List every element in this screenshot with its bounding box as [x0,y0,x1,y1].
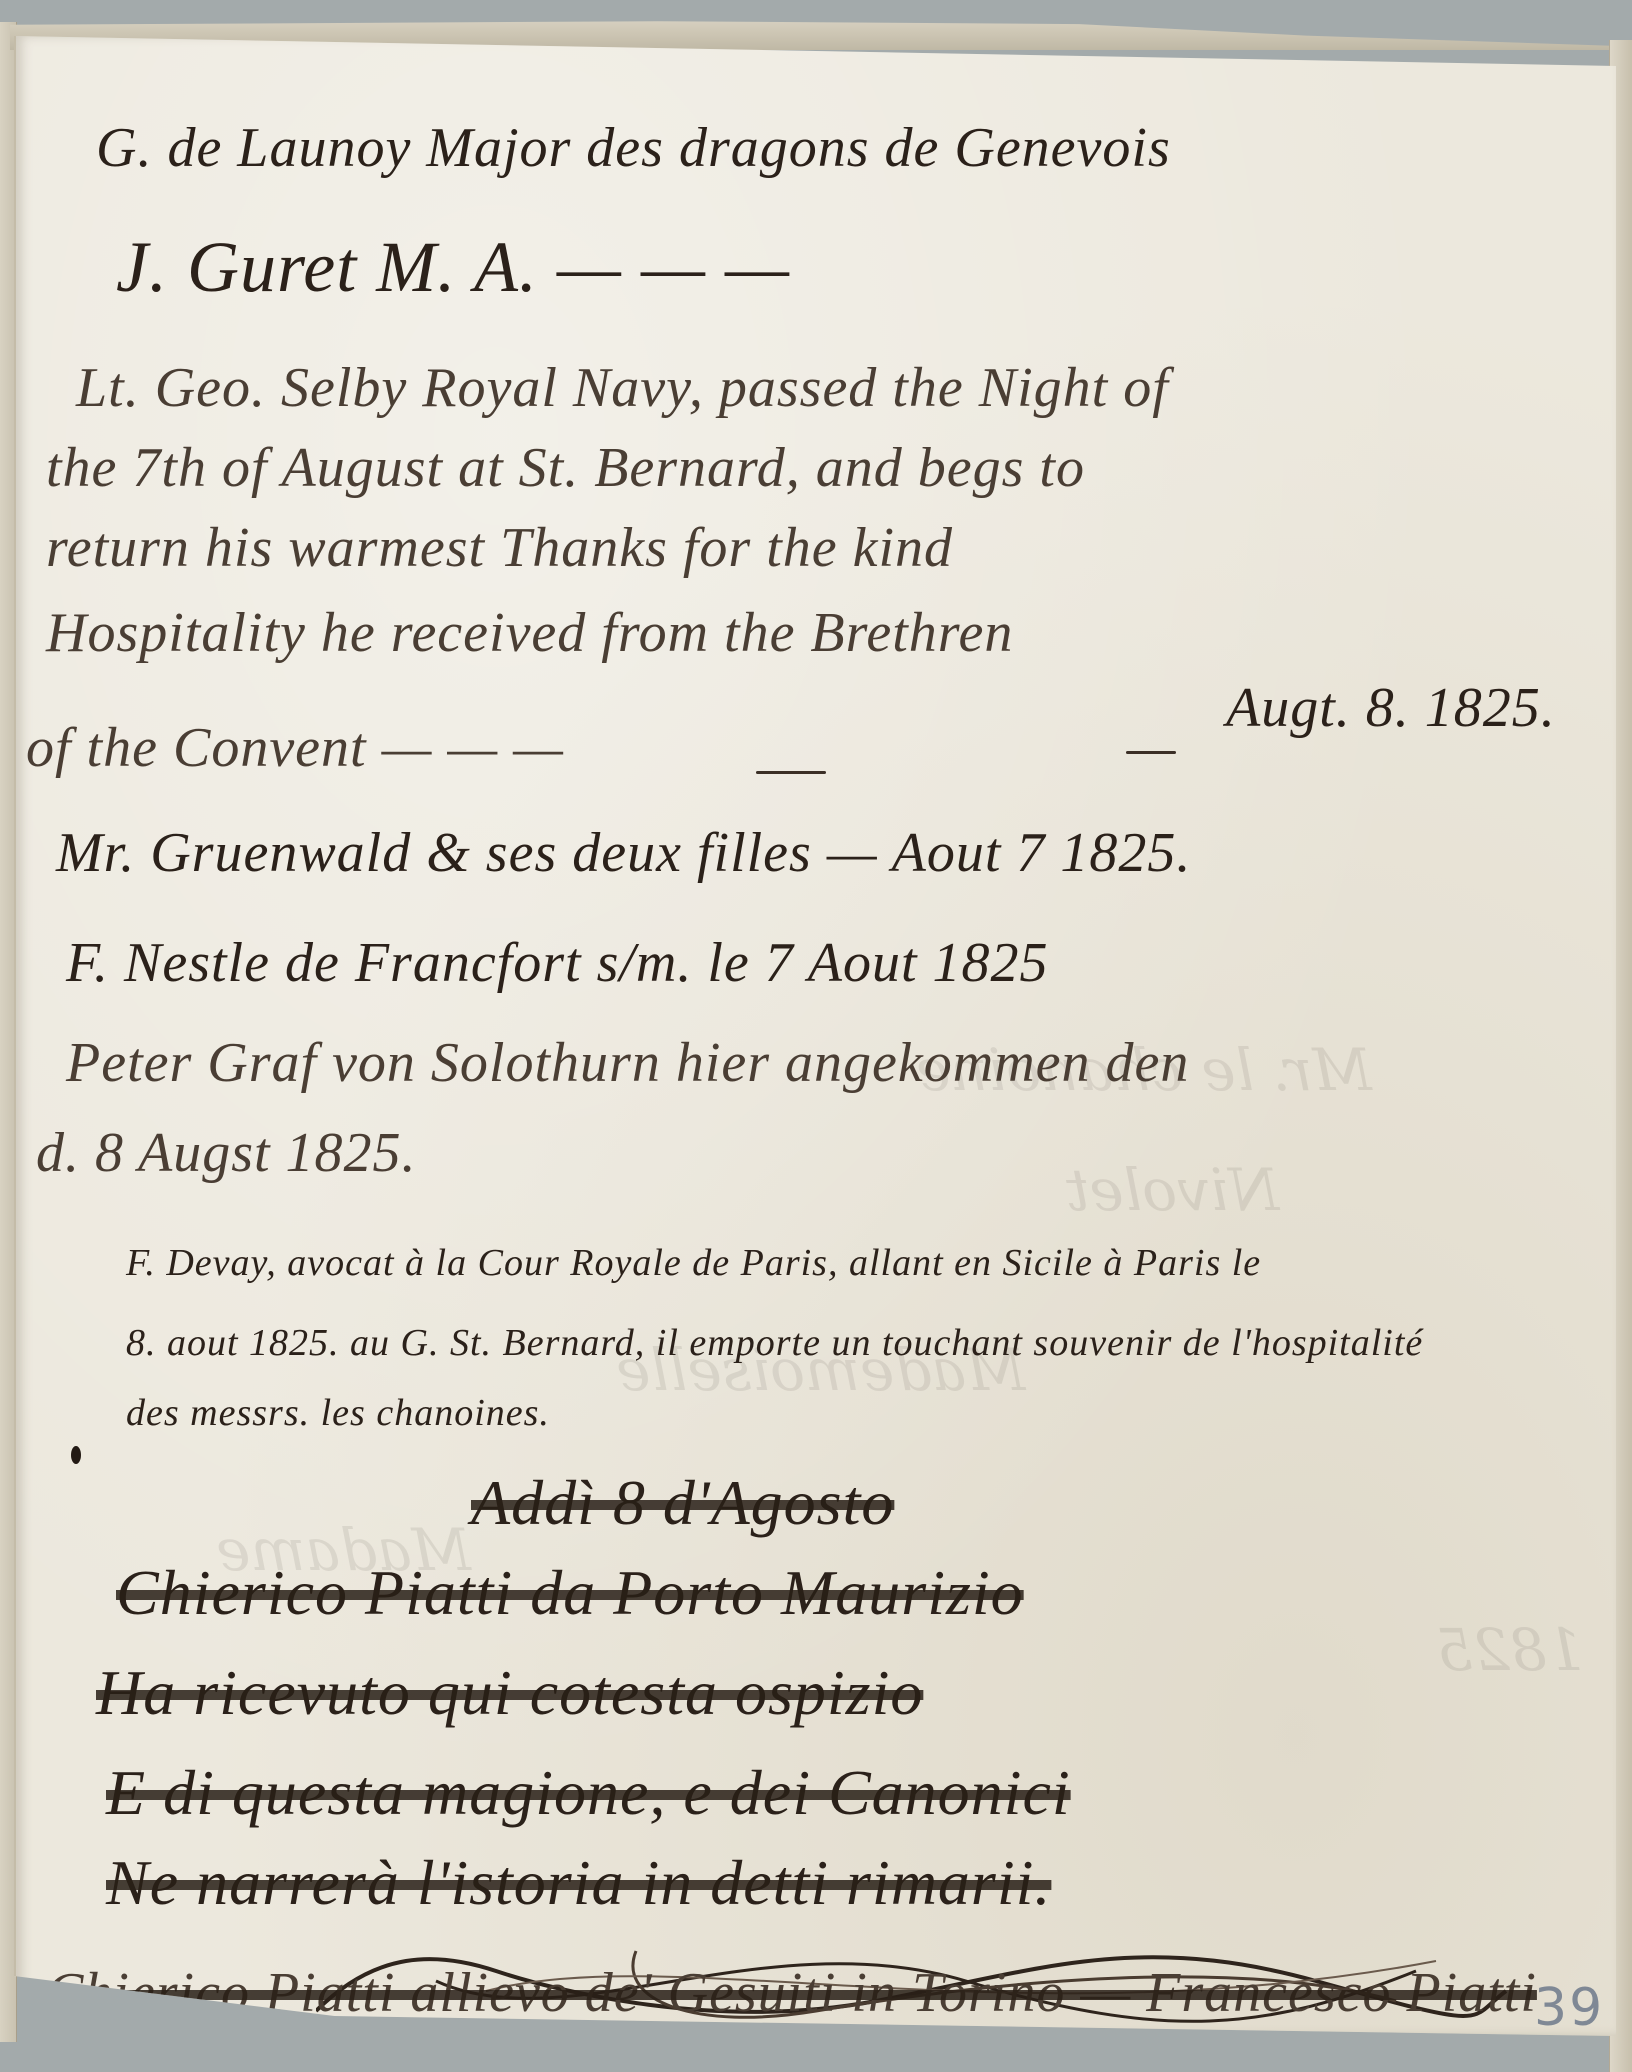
register-entry-piatti-signature: Chierico Piatti allievo de' Gesuiti in T… [46,1961,1537,2025]
decorative-dash [756,771,826,774]
register-entry-nestle: F. Nestle de Francfort s/m. le 7 Aout 18… [66,931,1049,995]
register-entry-selby-line-2: the 7th of August at St. Bernard, and be… [46,436,1085,500]
ink-blot [71,1446,81,1464]
register-entry-selby-line-4: Hospitality he received from the Brethre… [46,601,1013,665]
register-entry-selby-line-3: return his warmest Thanks for the kind [46,516,953,580]
register-entry-piatti-line-5: Ne narrerà l'istoria in detti rimarii. [106,1846,1051,1920]
register-entry-piatti-line-3: Ha ricevuto qui cotesta ospizio [96,1656,923,1730]
decorative-dash [1126,751,1176,754]
manuscript-scan: Mademoiselle Madame 1825 Nivolet Mr. le … [0,0,1632,2072]
register-entry-devay-line-3: des messrs. les chanoines. [126,1391,550,1435]
register-entry-graf-line-1: Peter Graf von Solothurn hier angekommen… [66,1031,1189,1095]
register-entry-piatti-line-2: Chierico Piatti da Porto Maurizio [116,1556,1024,1630]
register-entry-devay-line-2: 8. aout 1825. au G. St. Bernard, il empo… [126,1321,1423,1365]
bleed-through-text: 1825 [1436,1616,1584,1684]
bleed-through-text: Nivolet [1066,1156,1279,1224]
register-entry-selby-date: Augt. 8. 1825. [1226,676,1556,740]
register-entry-launoy: G. de Launoy Major des dragons de Genevo… [96,116,1171,180]
register-entry-selby-line-1: Lt. Geo. Selby Royal Navy, passed the Ni… [76,356,1169,420]
folio-number: 39 [1534,1978,1604,2038]
register-entry-devay-line-1: F. Devay, avocat à la Cour Royale de Par… [126,1241,1261,1285]
register-entry-graf-line-2: d. 8 Augst 1825. [36,1121,417,1185]
register-entry-selby-line-5: of the Convent — — — [26,716,564,780]
register-entry-guret: J. Guret M. A. — — — [116,226,790,309]
register-entry-piatti-line-4: E di questa magione, e dei Canonici [106,1756,1071,1830]
manuscript-page: Mademoiselle Madame 1825 Nivolet Mr. le … [14,36,1616,2036]
register-entry-piatti-line-1: Addì 8 d'Agosto [471,1466,894,1540]
register-entry-gruenwald: Mr. Gruenwald & ses deux filles — Aout 7… [56,821,1191,885]
